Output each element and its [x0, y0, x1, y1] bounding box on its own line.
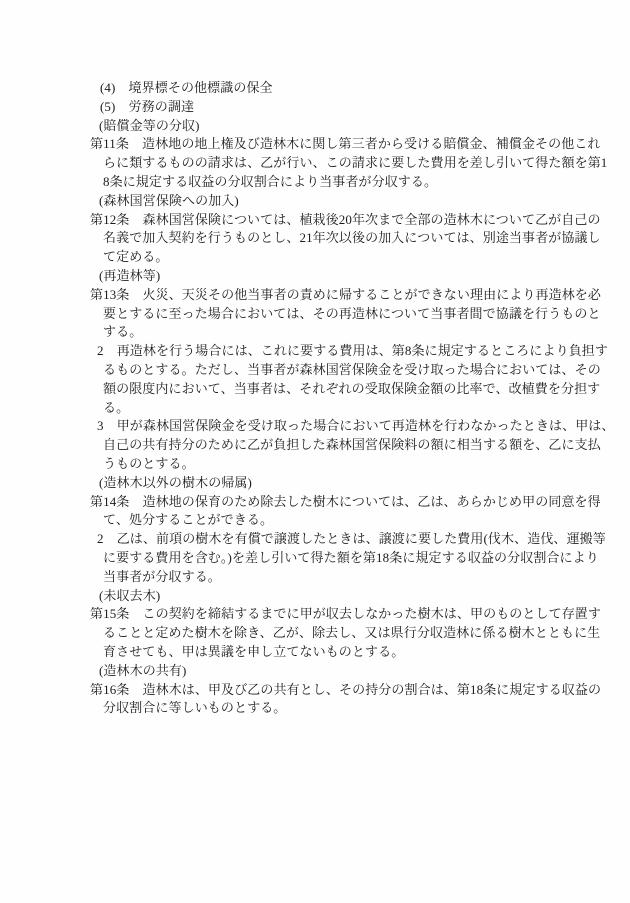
document-line: 8条に規定する収益の分収割合により当事者が分収する。 [90, 173, 590, 192]
document-line: 第11条 造林地の地上権及び造林木に関し第三者から受ける賠償金、補償金その他これ [90, 135, 590, 154]
document-line: 第16条 造林木は、甲及び乙の共有とし、その持分の割合は、第18条に規定する収益… [90, 681, 590, 700]
document-line: 分収割合に等しいものとする。 [90, 699, 590, 718]
document-line: 額の限度内において、当事者は、それぞれの受取保険金額の比率で、改植費を分担す [90, 380, 590, 399]
document-line: 第15条 この契約を締結するまでに甲が収去しなかった樹木は、甲のものとして存置す [90, 605, 590, 624]
document-line: るものとする。ただし、当事者が森林国営保険金を受け取った場合においては、その [90, 361, 590, 380]
document-line: 育させても、甲は異議を申し立てないものとする。 [90, 643, 590, 662]
document-line: 当事者が分収する。 [90, 568, 590, 587]
document-line: (4) 境界標その他標識の保全 [90, 79, 590, 98]
document-line: 第12条 森林国営保険については、植栽後20年次まで全部の造林木について乙が自己… [90, 211, 590, 230]
document-line: 第13条 火災、天災その他当事者の責めに帰することができない理由により再造林を必 [90, 286, 590, 305]
document-line: (5) 労務の調達 [90, 98, 590, 117]
document-line: る。 [90, 399, 590, 418]
document-line: に要する費用を含む。)を差し引いて得た額を第18条に規定する収益の分収割合により [90, 549, 590, 568]
document-line: 2 乙は、前項の樹木を有償で譲渡したときは、譲渡に要した費用(伐木、造伐、運搬等 [90, 530, 590, 549]
document-line: うものとする。 [90, 455, 590, 474]
document-page: (4) 境界標その他標識の保全(5) 労務の調達(賠償金等の分収)第11条 造林… [0, 0, 630, 903]
document-line: 名義で加入契約を行うものとし、21年次以後の加入については、別途当事者が協議し [90, 229, 590, 248]
document-line: する。 [90, 323, 590, 342]
document-line: らに類するものの請求は、乙が行い、この請求に要した費用を差し引いて得た額を第1 [90, 154, 590, 173]
document-line: 要とするに至った場合においては、その再造林について当事者間で協議を行うものと [90, 305, 590, 324]
document-line: (造林木の共有) [90, 662, 590, 681]
document-line: て定める。 [90, 248, 590, 267]
document-line: (再造林等) [90, 267, 590, 286]
document-line: 2 再造林を行う場合には、これに要する費用は、第8条に規定するところにより負担す [90, 342, 590, 361]
document-line: (造林木以外の樹木の帰属) [90, 474, 590, 493]
document-line: て、処分することができる。 [90, 511, 590, 530]
document-line: (森林国営保険への加入) [90, 192, 590, 211]
document-line: 自己の共有持分のために乙が負担した森林国営保険料の額に相当する額を、乙に支払 [90, 436, 590, 455]
document-line: (未収去木) [90, 587, 590, 606]
document-text-block: (4) 境界標その他標識の保全(5) 労務の調達(賠償金等の分収)第11条 造林… [90, 79, 590, 718]
document-line: (賠償金等の分収) [90, 117, 590, 136]
document-line: 3 甲が森林国営保険金を受け取った場合において再造林を行わなかったときは、甲は、 [90, 417, 590, 436]
document-line: 第14条 造林地の保育のため除去した樹木については、乙は、あらかじめ甲の同意を得 [90, 493, 590, 512]
document-line: ることと定めた樹木を除き、乙が、除去し、又は県行分収造林に係る樹木とともに生 [90, 624, 590, 643]
